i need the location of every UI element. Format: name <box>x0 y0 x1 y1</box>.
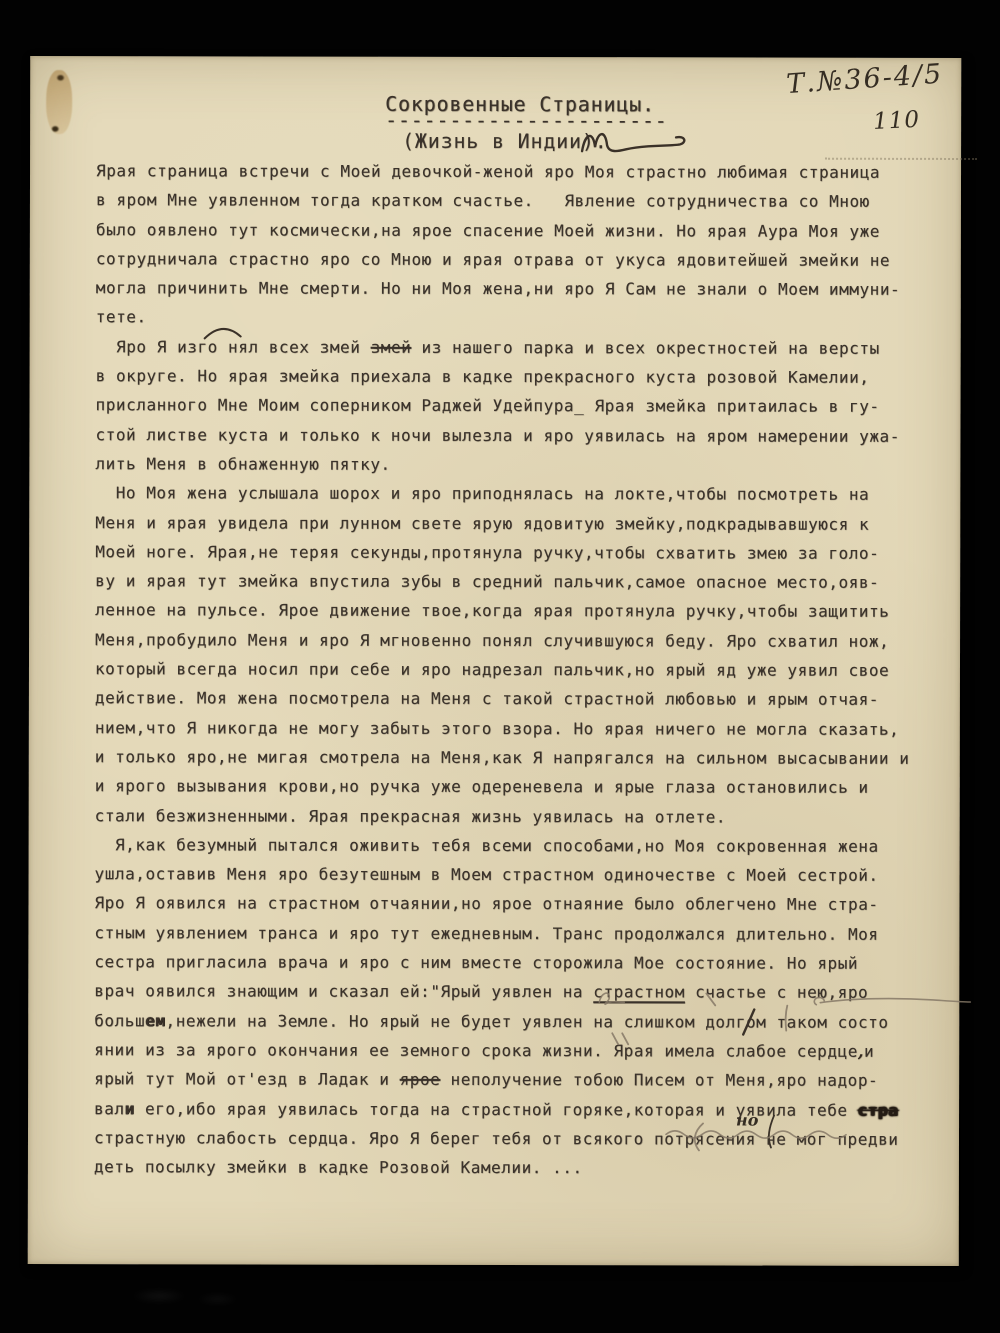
typed-line: присланного Мне Моим соперником Раджей У… <box>96 391 911 422</box>
typed-line: в яром Мне уявленном тогда кратком счаст… <box>96 185 911 216</box>
typed-line: ву и ярая тут змейка впустила зубы в сре… <box>95 566 910 597</box>
typed-line: сестра пригласила врача и яро с ним вмес… <box>94 947 909 978</box>
typed-line: янии из за ярого окончания ее земного ср… <box>94 1035 909 1066</box>
handwritten-tie-arc <box>202 322 246 342</box>
scan-smudge <box>120 1280 250 1312</box>
document-paper: Сокровенные Страницы. ------------------… <box>28 56 962 1266</box>
typed-line: стали безжизненными. Ярая прекрасная жиз… <box>95 801 910 832</box>
typed-line: сотрудничала страстно яро со Мною и ярая… <box>96 244 911 275</box>
handwritten-archive-code: Т.№36-4/5 <box>785 58 944 100</box>
ink-slash-correction <box>740 1008 758 1038</box>
typed-line: Ярая страница встречи с Моей девочкой-же… <box>96 156 911 187</box>
pencil-squiggle <box>596 989 654 1007</box>
typed-line: и только яро,не мигая смотрела на Меня,к… <box>95 742 910 773</box>
typed-line: стой листве куста и только к ночи вылезл… <box>95 420 910 451</box>
handwritten-page-number: 110 <box>873 107 921 135</box>
rust-stain <box>46 70 72 134</box>
pencil-vertical-stroke <box>781 1004 791 1034</box>
pencil-tick <box>704 991 718 1007</box>
typed-line: стным уявлением транса и яро тут ежеднев… <box>94 918 909 949</box>
scan-background: Сокровенные Страницы. ------------------… <box>0 0 1000 1333</box>
typed-line: ленное на пульсе. Ярое движение твое,ког… <box>95 596 910 627</box>
typed-line: который всегда носил при себе и яро надр… <box>95 654 910 685</box>
typed-line: было оявлено тут космически,на ярое спас… <box>96 215 911 246</box>
pencil-wavy-underline <box>664 1125 864 1141</box>
typed-line: вали его,ибо ярая уявилась тогда на стра… <box>94 1094 909 1125</box>
typed-line: действие. Моя жена посмотрела на Меня с … <box>95 684 910 715</box>
typed-line: Моей ноге. Ярая,не теряя секунды,протяну… <box>95 537 910 568</box>
typed-line: Яро Я оявился на страстном отчаянии,но я… <box>94 889 909 920</box>
typed-line: Меня,пробудило Меня и яро Я мгновенно по… <box>95 625 910 656</box>
typed-line: Но Моя жена услышала шорох и яро приподн… <box>95 478 910 509</box>
typed-line: и ярого вызывания крови,но ручка уже оде… <box>95 771 910 802</box>
pencil-line-loop <box>808 994 976 1012</box>
typed-line: могла причинить Мне смерти. Но ни Моя же… <box>96 273 911 304</box>
typed-line: Меня и ярая увидела при лунном свете яру… <box>95 508 910 539</box>
typed-line: ярый тут Мой от'езд в Ладак и ярое непол… <box>94 1064 909 1095</box>
pencil-double-tick <box>610 1031 630 1047</box>
typed-line: Я,как безумный пытался оживить тебя всем… <box>95 830 910 861</box>
typed-line: лить Меня в обнаженную пятку. <box>95 449 910 480</box>
typed-line: нием,что Я никогда не могу забыть этого … <box>95 713 910 744</box>
typed-line: в округе. Но ярая змейка приехала в кадк… <box>96 361 911 392</box>
typed-line: ушла,оставив Меня яро безутешным в Моем … <box>95 859 910 890</box>
typed-line: деть посылку змейки в кадке Розовой Каме… <box>94 1152 909 1183</box>
